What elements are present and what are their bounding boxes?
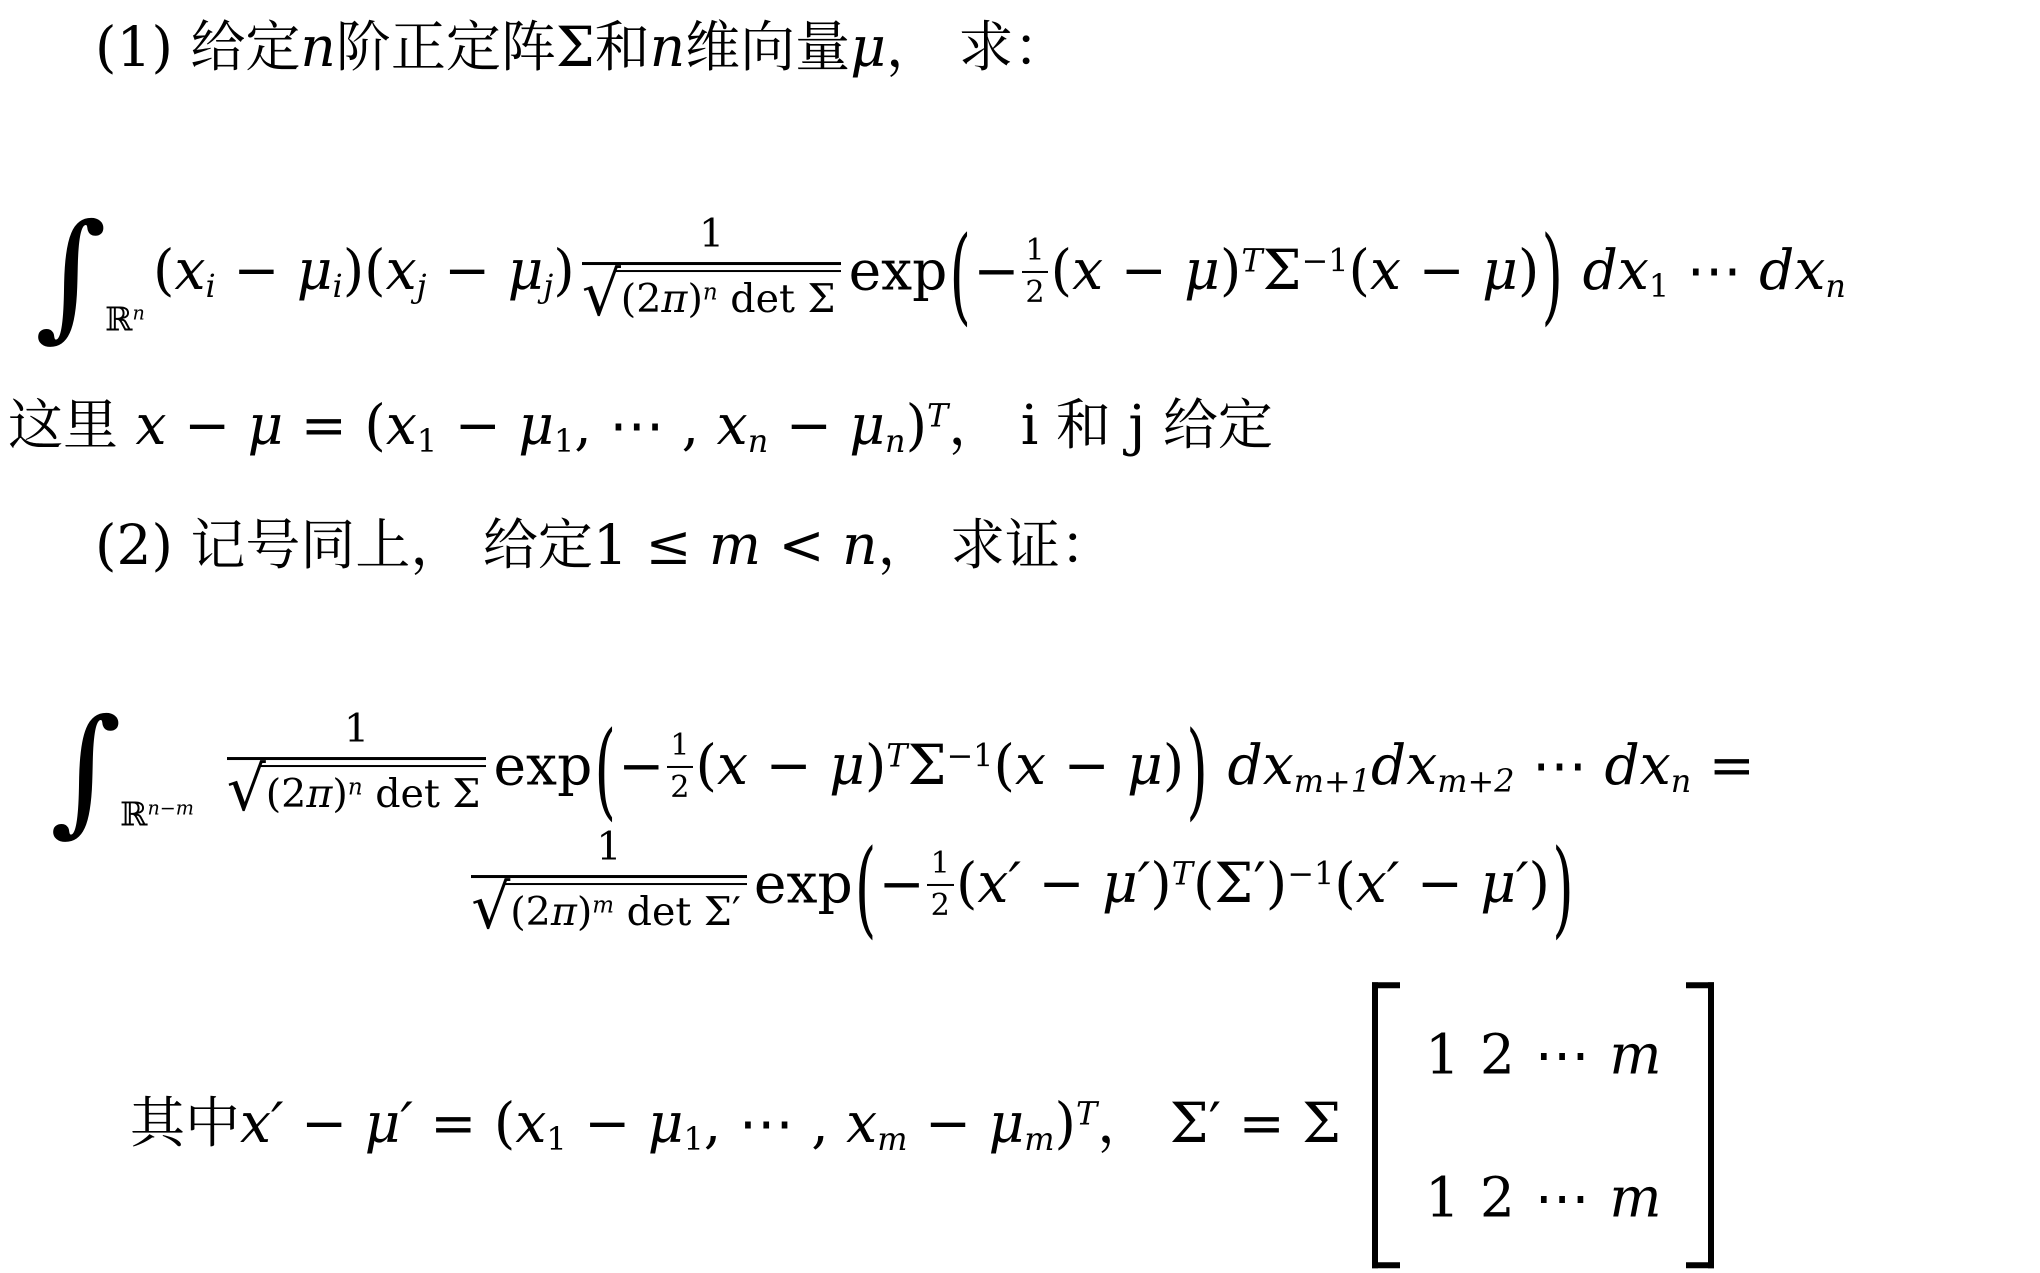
problem1-heading: (1) 给定n阶正定阵Σ和n维向量μ， 求： (95, 14, 1068, 80)
math-text: (2 (266, 771, 307, 817)
math-text: x (386, 393, 417, 457)
fraction-denominator: √(2π)n det Σ (227, 760, 487, 826)
math-text: μ (850, 15, 886, 79)
math-text: = ( (301, 393, 386, 457)
math-text: dx (1583, 238, 1649, 302)
math-sup: n (703, 280, 718, 306)
math-text: ( (993, 733, 1014, 797)
math-text: x − μ (1370, 238, 1518, 302)
math-text: − μ (437, 393, 554, 457)
math-text: x − μ (1015, 733, 1163, 797)
big-right-paren: ) (1541, 213, 1562, 338)
math-text: det Σ (718, 276, 836, 322)
problem2-heading: (2) 记号同上， 给定1 ≤ m < n， 求证： (95, 512, 1115, 578)
math-text: − μ (768, 393, 885, 457)
one-half-fraction: 12 (927, 846, 954, 924)
math-sup: n (348, 775, 363, 801)
math-sub: m+1 (1294, 762, 1371, 800)
math-sub: m+2 (1437, 762, 1514, 800)
sqrt: √(2π)m det Σ′ (471, 883, 747, 944)
minus-sign: − (973, 238, 1019, 302)
matrix-cell: 2 (1480, 1021, 1515, 1087)
math-text: ) (906, 393, 927, 457)
density-fraction: 1√(2π)n det Σ (227, 706, 487, 827)
math-text: ( (696, 733, 717, 797)
math-text: x (846, 1091, 877, 1155)
integral: ∫ℝn (35, 220, 145, 330)
half-denominator: 2 (670, 768, 689, 806)
integral-domain: ℝn (105, 299, 145, 339)
sqrt-radicand: (2π)n det Σ (261, 765, 486, 819)
one-half-fraction: 12 (1022, 233, 1049, 311)
math-text: − μ (567, 1091, 684, 1155)
fraction-numerator: 1 (689, 211, 734, 262)
math-text: m (709, 513, 761, 577)
math-text: (2 (510, 889, 551, 935)
math-text: ( (956, 851, 977, 915)
big-left-paren: ( (950, 213, 971, 338)
math-text: x (515, 1091, 546, 1155)
math-sup: −1 (1287, 855, 1334, 893)
math-sub: n (1825, 267, 1846, 305)
problem1-note: 这里 x − μ = (x1 − μ1, ⋯ , xn − μn)T， i 和 … (8, 392, 1273, 460)
math-text: x′ − μ′ (240, 1091, 430, 1155)
math-text: n (650, 15, 685, 79)
math-text: (2 (621, 276, 662, 322)
big-right-paren: ) (1552, 826, 1573, 951)
big-left-paren: ( (855, 826, 876, 951)
math-sup: n−m (147, 796, 193, 819)
fraction-denominator: √(2π)n det Σ (582, 265, 842, 331)
math-text: ， Σ′ = Σ (1097, 1091, 1358, 1155)
problem1-formula: ∫ℝn(xi − μi)(xj − μj)1√(2π)n det Σexp(−1… (35, 215, 1846, 336)
matrix-cell: 2 (1480, 1164, 1515, 1230)
density-fraction: 1√(2π)m det Σ′ (471, 824, 747, 945)
math-text: x − μ (1072, 238, 1220, 302)
differentials: dx1 ⋯ dxn (1583, 238, 1846, 302)
sqrt-radicand: (2π)m det Σ′ (505, 883, 746, 937)
math-text: , ⋯ , (574, 393, 716, 457)
math-sup: −1 (946, 737, 993, 775)
fraction-denominator: √(2π)m det Σ′ (471, 878, 747, 944)
math-text: x (386, 238, 417, 302)
math-sub: m (877, 1120, 907, 1158)
math-text: (Σ′) (1193, 851, 1287, 915)
math-text: dx (1228, 733, 1294, 797)
matrix-body: 12⋯m12⋯m (1400, 982, 1686, 1268)
matrix-cell: m (1609, 1164, 1661, 1230)
math-text: x′ − μ′ (1356, 851, 1529, 915)
math-sub: i (333, 267, 343, 305)
fraction-numerator: 1 (587, 824, 632, 875)
math-sub: 1 (683, 1120, 703, 1158)
math-text: ( (1349, 238, 1370, 302)
math-text: (2) 记号同上， 给定1 ≤ (95, 513, 709, 577)
big-right-paren: ) (1186, 708, 1207, 833)
sqrt-radical-icon: √ (582, 264, 621, 325)
minus-sign: − (879, 851, 925, 915)
matrix-right-bracket (1686, 982, 1714, 1268)
math-text: ⋯ (1515, 733, 1605, 797)
math-sub: 1 (417, 422, 437, 460)
big-left-paren: ( (594, 708, 615, 833)
math-sup: n (132, 301, 144, 324)
matrix-row: 12⋯m (1425, 1164, 1662, 1230)
integral-icon: ∫ (50, 715, 122, 825)
half-denominator: 2 (1025, 273, 1044, 311)
exp-label: exp (754, 851, 853, 915)
matrix-cell: 1 (1425, 1021, 1460, 1087)
math-text: ) (577, 889, 592, 935)
matrix-row: 12⋯m (1425, 1021, 1662, 1087)
math-text: = ( (430, 1091, 515, 1155)
math-text: < (761, 513, 842, 577)
half-numerator: 1 (667, 728, 694, 768)
math-document: (1) 给定n阶正定阵Σ和n维向量μ， 求： ∫ℝn(xi − μi)(xj −… (0, 0, 2040, 1273)
math-text: ， i 和 j 给定 (948, 393, 1273, 457)
sqrt: √(2π)n det Σ (582, 270, 842, 331)
math-text: ) (553, 238, 574, 302)
math-text: n (300, 15, 335, 79)
minus-sign: − (618, 733, 664, 797)
math-sub: 1 (1649, 267, 1669, 305)
math-text: π (661, 276, 687, 322)
math-text: ) (1529, 851, 1550, 915)
exp-label: exp (494, 733, 593, 797)
exp-label: exp (849, 238, 948, 302)
math-text: ) (1150, 851, 1171, 915)
math-text: ) (1055, 1091, 1076, 1155)
problem2-formula-line2: 1√(2π)m det Σ′exp(−12(x′ − μ′)T(Σ′)−1(x′… (0, 828, 2040, 949)
math-text: 阶正定阵Σ和 (336, 15, 650, 79)
math-text: ， 求证： (878, 513, 1115, 577)
math-text: x − μ (717, 733, 865, 797)
math-text: − μ (216, 238, 333, 302)
where-text: 其中x′ − μ′ = (x1 − μ1, ⋯ , xm − μm)T， Σ′ … (130, 1091, 1359, 1155)
math-text: ( (153, 238, 174, 302)
math-text: ) (687, 276, 702, 322)
math-text: (1) 给定 (95, 15, 300, 79)
math-text: n (842, 513, 877, 577)
math-sub: i (206, 267, 216, 305)
matrix-cell: 1 (1425, 1164, 1460, 1230)
integrand-prefactor: (xi − μi)(xj − μj) (153, 238, 575, 302)
matrix-cell: ⋯ (1535, 1164, 1590, 1230)
problem2-formula-line1: ∫ℝn−m 1√(2π)n det Σexp(−12(x − μ)TΣ−1(x … (50, 710, 1755, 831)
math-text: π (551, 889, 577, 935)
math-text: 维向量 (685, 15, 850, 79)
half-numerator: 1 (1022, 233, 1049, 273)
math-text: 其中 (130, 1091, 240, 1155)
math-sup: T (886, 737, 907, 775)
matrix-cell: m (1609, 1021, 1661, 1087)
math-sup: m (592, 893, 614, 919)
math-text: − μ (427, 238, 544, 302)
math-text: ) (1220, 238, 1241, 302)
math-sub: 1 (546, 1120, 566, 1158)
exp-argument: (x − μ)TΣ−1(x − μ) (696, 733, 1185, 797)
sqrt: √(2π)n det Σ (227, 765, 487, 826)
math-sup: T (1241, 242, 1262, 280)
math-sub: n (1671, 762, 1692, 800)
math-sup: −1 (1302, 242, 1349, 280)
math-text: det Σ′ (614, 889, 741, 935)
math-text: det Σ (363, 771, 481, 817)
math-sup: T (1076, 1094, 1097, 1132)
math-sup: T (927, 396, 948, 434)
math-sub: n (748, 422, 769, 460)
exp-argument: (x′ − μ′)T(Σ′)−1(x′ − μ′) (956, 851, 1550, 915)
math-text: ) (1163, 733, 1184, 797)
math-text: ) (865, 733, 886, 797)
problem2-where-line: 其中x′ − μ′ = (x1 − μ1, ⋯ , xm − μm)T， Σ′ … (130, 985, 1714, 1271)
math-text: )( (343, 238, 386, 302)
math-sub: m (1024, 1120, 1054, 1158)
math-text: 这里 (8, 393, 135, 457)
sqrt-radical-icon: √ (471, 877, 510, 938)
matrix-left-bracket (1372, 982, 1400, 1268)
math-text: ⋯ (1669, 238, 1759, 302)
math-text: x (174, 238, 205, 302)
math-sub: 1 (554, 422, 574, 460)
math-text: ) (332, 771, 347, 817)
math-text: dx (1371, 733, 1437, 797)
math-text: ) (1518, 238, 1539, 302)
math-sub: j (417, 267, 427, 305)
math-sub: n (885, 422, 906, 460)
math-text: dx (1605, 733, 1671, 797)
math-text: , ⋯ , (704, 1091, 846, 1155)
density-fraction: 1√(2π)n det Σ (582, 211, 842, 332)
matrix-cell: ⋯ (1535, 1021, 1590, 1087)
math-text: x − μ (135, 393, 300, 457)
math-text: x′ − μ′ (977, 851, 1150, 915)
differentials: dxm+1dxm+2 ⋯ dxn = (1228, 733, 1755, 797)
math-sup: T (1172, 855, 1193, 893)
math-text: ( (1334, 851, 1355, 915)
half-denominator: 2 (931, 886, 950, 924)
math-text: Σ (908, 733, 947, 797)
exp-argument: (x − μ)TΣ−1(x − μ) (1051, 238, 1540, 302)
half-numerator: 1 (927, 846, 954, 886)
math-text: ℝ (105, 299, 132, 338)
integral-icon: ∫ (35, 220, 107, 330)
index-matrix: 12⋯m12⋯m (1372, 982, 1714, 1268)
math-text: Σ (1263, 238, 1302, 302)
math-text: ， 求： (886, 15, 1068, 79)
sqrt-radicand: (2π)n det Σ (616, 270, 841, 324)
one-half-fraction: 12 (667, 728, 694, 806)
fraction-numerator: 1 (334, 706, 379, 757)
math-text: π (306, 771, 332, 817)
sqrt-radical-icon: √ (227, 759, 266, 820)
math-text: x (717, 393, 748, 457)
integral: ∫ℝn−m (50, 715, 194, 825)
math-text: − μ (907, 1091, 1024, 1155)
math-sub: j (543, 267, 553, 305)
math-text: ( (1051, 238, 1072, 302)
math-text: dx (1759, 238, 1825, 302)
math-text: = (1691, 733, 1755, 797)
